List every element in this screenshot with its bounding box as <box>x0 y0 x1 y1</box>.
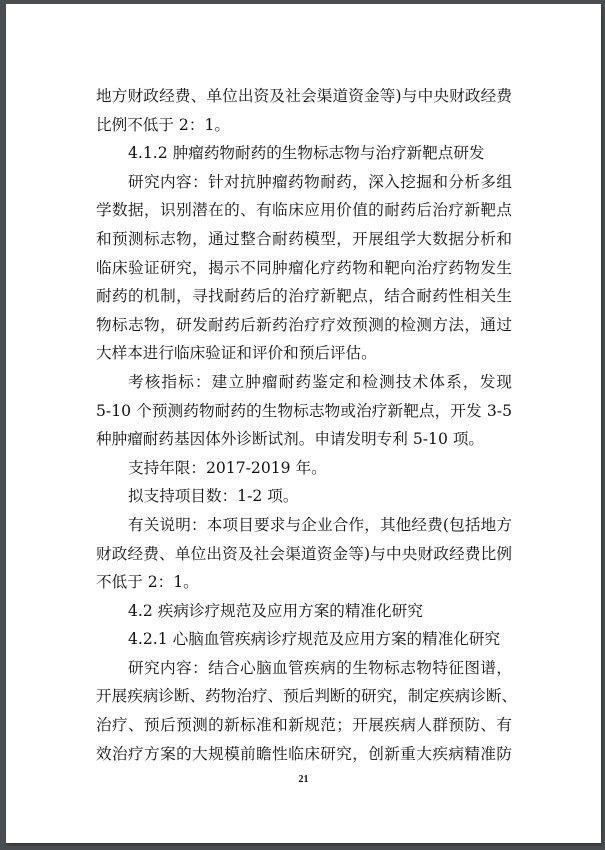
text-line: 临床验证研究，揭示不同肿瘤化疗药物和靶向治疗药物发生 <box>96 254 512 283</box>
text-line: 地方财政经费、单位出资及社会渠道资金等)与中央财政经费 <box>96 82 512 111</box>
text-line: 比例不低于 2：1。 <box>96 111 512 140</box>
text-line: 研究内容：结合心脑血管疾病的生物标志物特征图谱， <box>96 654 512 683</box>
text-line: 财政经费、单位出资及社会渠道资金等)与中央财政经费比例 <box>96 540 512 569</box>
text-line: 学数据，识别潜在的、有临床应用价值的耐药后治疗新靶点 <box>96 196 512 225</box>
text-line: 和预测标志物，通过整合耐药模型，开展组学大数据分析和 <box>96 225 512 254</box>
text-line: 不低于 2：1。 <box>96 568 512 597</box>
section-heading-4-1-2: 4.1.2 肿瘤药物耐药的生物标志物与治疗新靶点研发 <box>96 139 512 168</box>
text-line: 有关说明：本项目要求与企业合作，其他经费(包括地方 <box>96 511 512 540</box>
text-line: 开展疾病诊断、药物治疗、预后判断的研究，制定疾病诊断、 <box>96 682 512 711</box>
text-line: 5-10 个预测药物耐药的生物标志物或治疗新靶点，开发 3-5 <box>96 397 512 426</box>
text-line: 效治疗方案的大规模前瞻性临床研究，创新重大疾病精准防 <box>96 740 512 769</box>
support-years: 支持年限：2017-2019 年。 <box>96 454 512 483</box>
page-number: 21 <box>6 774 601 785</box>
section-heading-4-2: 4.2 疾病诊疗规范及应用方案的精准化研究 <box>96 597 512 626</box>
text-line: 研究内容：针对抗肿瘤药物耐药，深入挖掘和分析多组 <box>96 168 512 197</box>
text-line: 耐药的机制，寻找耐药后的治疗新靶点，结合耐药性相关生 <box>96 282 512 311</box>
text-line: 种肿瘤耐药基因体外诊断试剂。申请发明专利 5-10 项。 <box>96 425 512 454</box>
page-body: 地方财政经费、单位出资及社会渠道资金等)与中央财政经费 比例不低于 2：1。 4… <box>96 82 512 768</box>
text-line: 考核指标：建立肿瘤耐药鉴定和检测技术体系，发现 <box>96 368 512 397</box>
document-page: 地方财政经费、单位出资及社会渠道资金等)与中央财政经费 比例不低于 2：1。 4… <box>6 4 601 843</box>
section-heading-4-2-1: 4.2.1 心脑血管疾病诊疗规范及应用方案的精准化研究 <box>96 625 512 654</box>
text-line: 治疗、预后预测的新标准和新规范；开展疾病人群预防、有 <box>96 711 512 740</box>
project-count: 拟支持项目数：1-2 项。 <box>96 482 512 511</box>
text-line: 物标志物，研发耐药后新药治疗疗效预测的检测方法，通过 <box>96 311 512 340</box>
text-line: 大样本进行临床验证和评价和预后评估。 <box>96 339 512 368</box>
